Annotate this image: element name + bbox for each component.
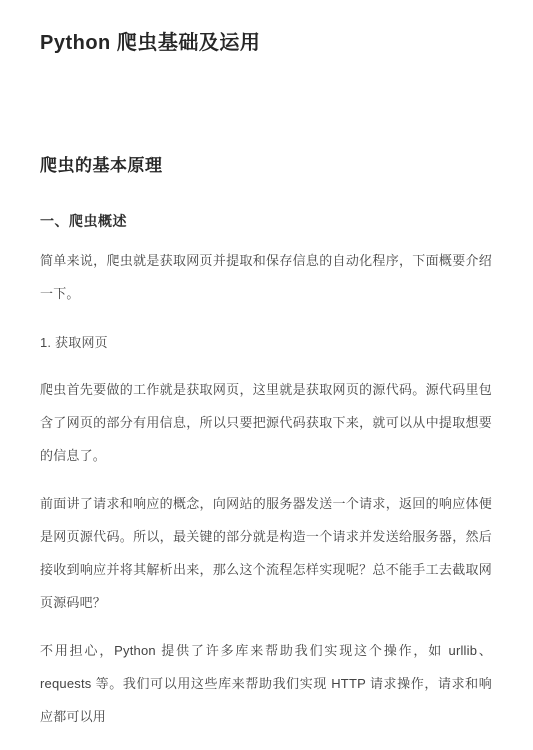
section-heading-basic-principles: 爬虫的基本原理 bbox=[40, 154, 492, 177]
paragraph-get-source-code: 爬虫首先要做的工作就是获取网页，这里就是获取网页的源代码。源代码里包含了网页的部… bbox=[40, 373, 492, 472]
paragraph-crawler-intro: 简单来说，爬虫就是获取网页并提取和保存信息的自动化程序，下面概要介绍一下。 bbox=[40, 244, 492, 310]
subsection-heading-crawler-overview: 一、爬虫概述 bbox=[40, 212, 492, 231]
paragraph-request-response: 前面讲了请求和响应的概念，向网站的服务器发送一个请求，返回的响应体便是网页源代码… bbox=[40, 487, 492, 619]
document-page: Python 爬虫基础及运用 爬虫的基本原理 一、爬虫概述 简单来说，爬虫就是获… bbox=[0, 0, 533, 750]
paragraph-python-libraries: 不用担心，Python 提供了许多库来帮助我们实现这个操作，如 urllib、r… bbox=[40, 634, 492, 733]
list-item-get-webpage: 1. 获取网页 bbox=[40, 326, 492, 359]
document-title: Python 爬虫基础及运用 bbox=[40, 30, 492, 57]
